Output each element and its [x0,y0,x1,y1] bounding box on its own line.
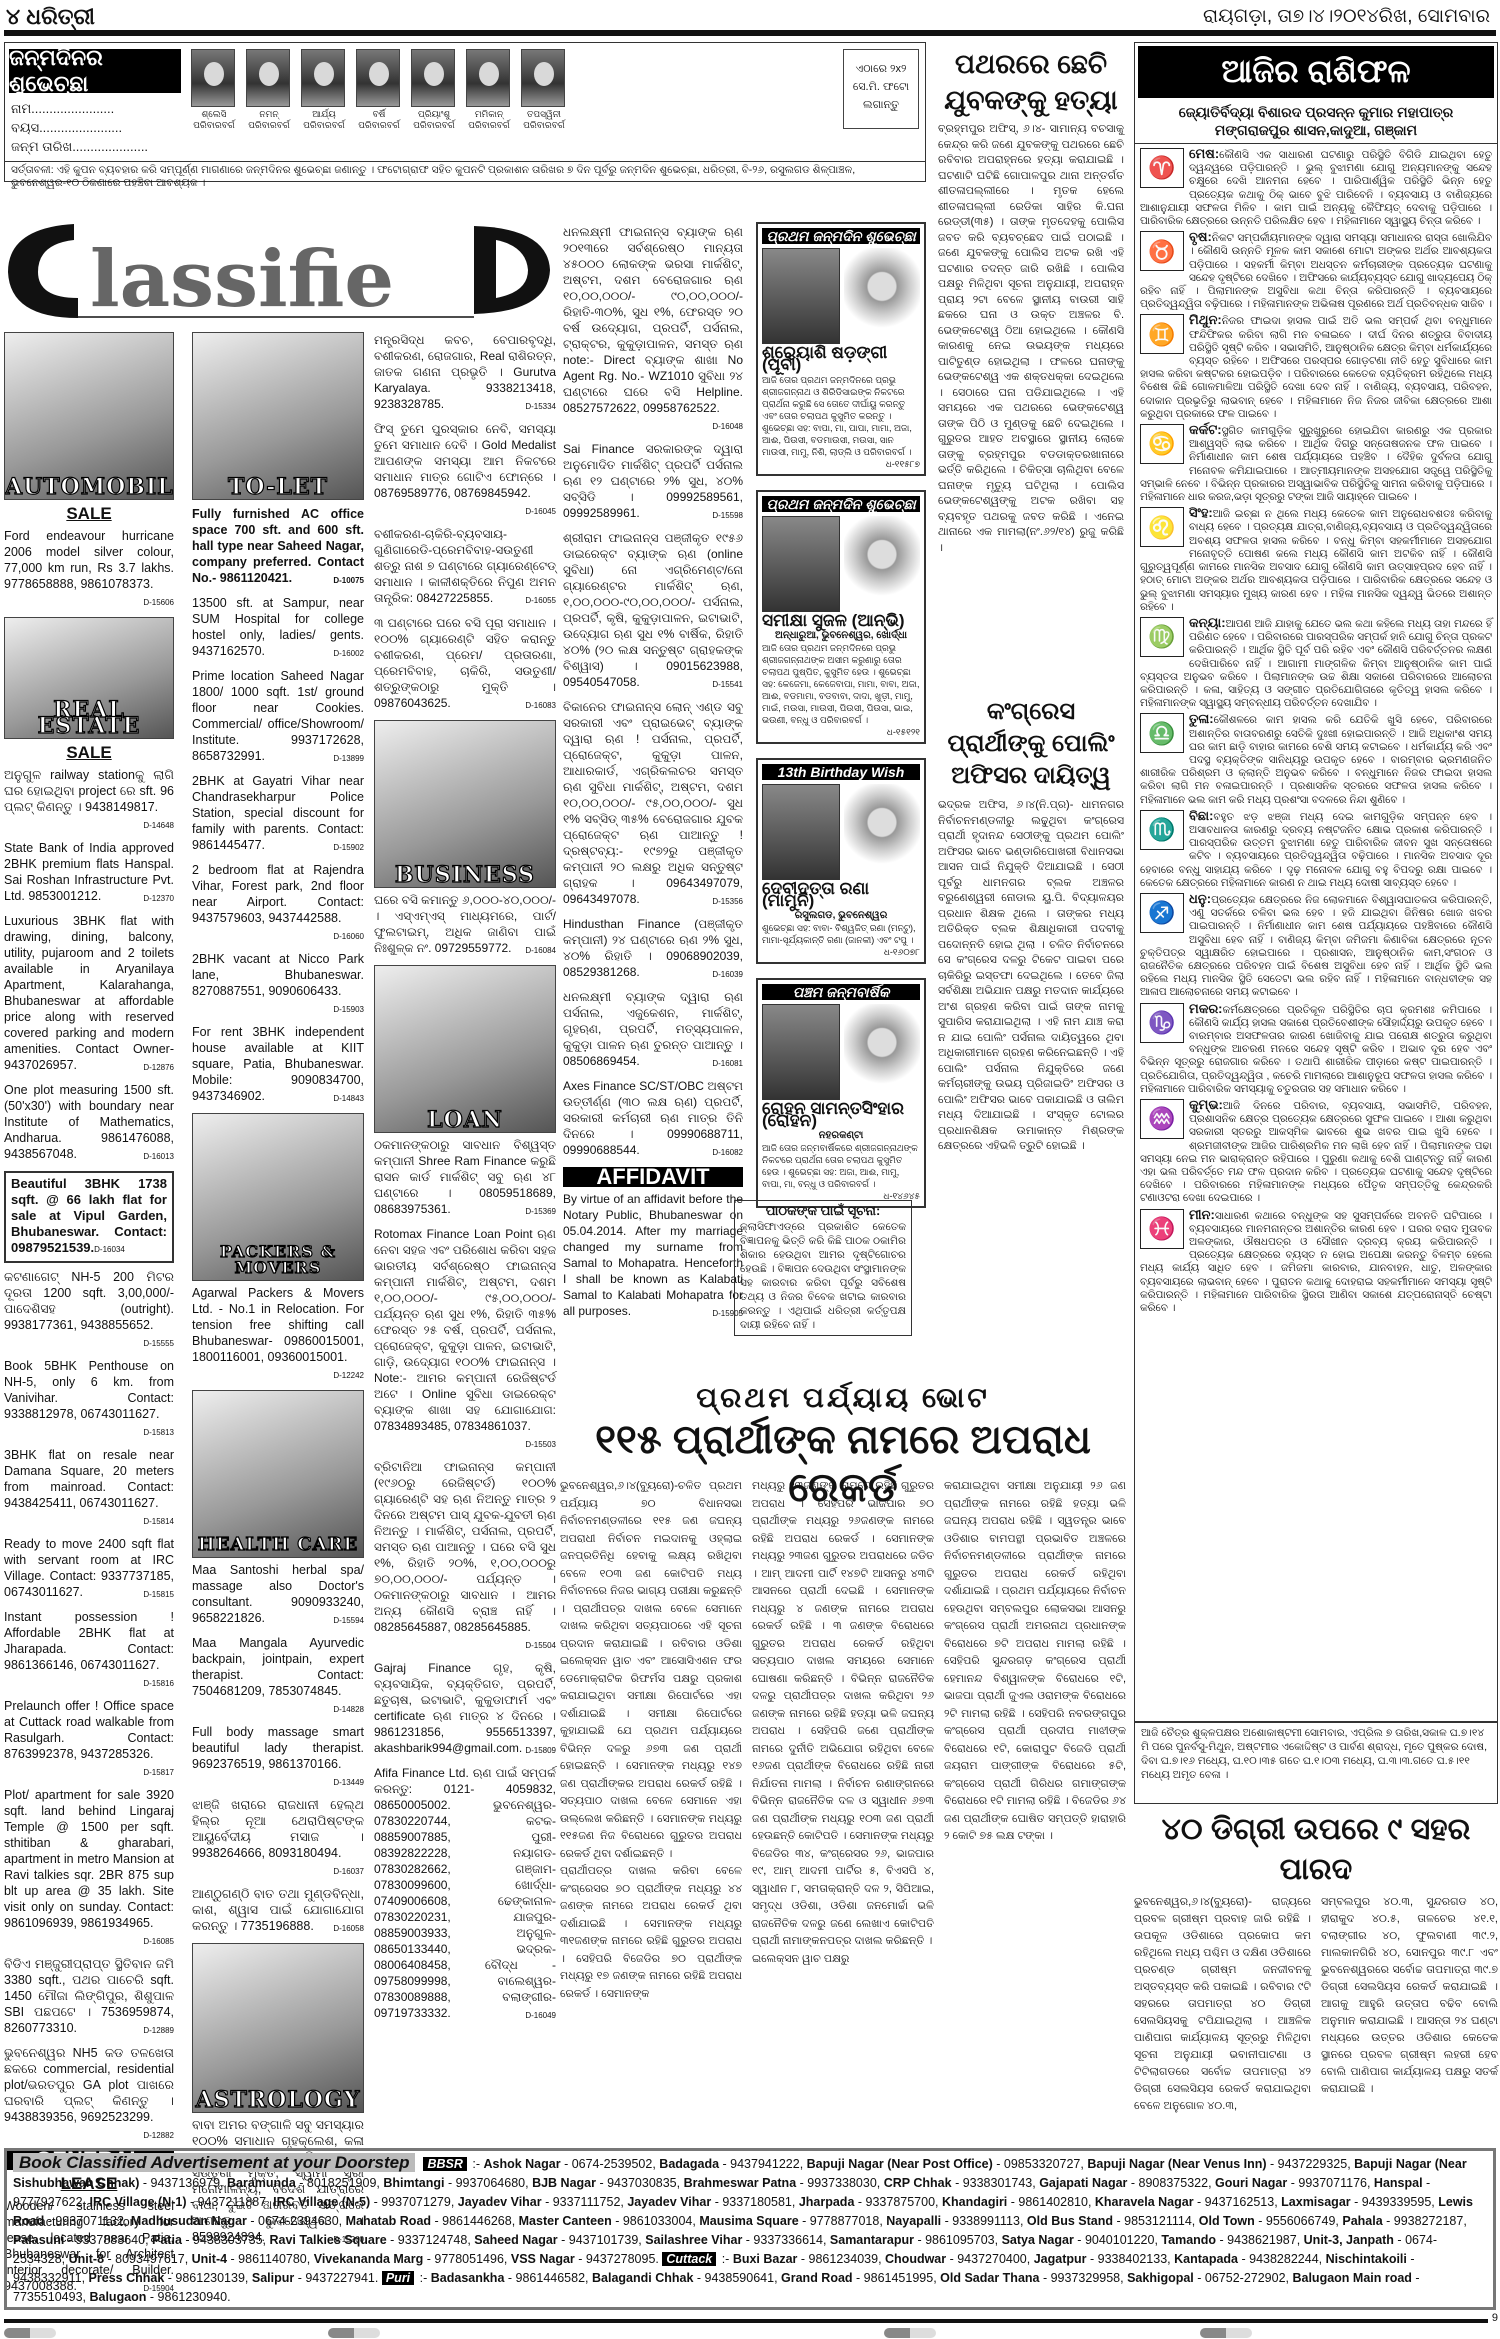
booking-office: Salipur - 9437227941. [252,2271,382,2285]
balloons-icon [844,1004,920,1100]
booking-office: Bapuji Nagar (Near Venus Inn) - 94372293… [1087,2157,1354,2171]
booking-office: Samantarapur - 9861095703, [830,2233,1002,2247]
zodiac-name: କର୍କଟ: [1189,422,1222,437]
zodiac-name: ମକର: [1189,1001,1223,1016]
booking-office: Bhimtangi - 9937064680, [383,2176,532,2190]
booking-office: Madhusudan Nagar - 0674-2394630, [131,2214,346,2228]
wish-message: ଶୁଭେଚ୍ଛା ସହ: ବାବା- ବିଶ୍ୱଜିତ୍ ରଣା (ମନ୍ଟୁ)… [762,922,920,946]
classified-ad: Maa Santoshi herbal spa/ massage also Do… [192,1562,364,1629]
classified-ad: For rent 3BHK independent house availabl… [192,1024,364,1107]
wish-message: ଆଜି ତୋର ପ୍ରଥମ ଜନ୍ମଦିନରେ ପ୍ରଭୁ ଶ୍ରୀଜଗନ୍ନା… [762,642,920,726]
ad-code: D-15503 [525,1437,556,1453]
loan-image: LOAN [374,965,556,1133]
zodiac-name: ମୀନ: [1189,1207,1215,1222]
column-3: ମନ୍ତ୍ରସିଦ୍ଧ କବଚ, ବେପାରବୃଦ୍ଧି, ବଶୀକରଣ, ରୋ… [374,332,556,2030]
zodiac-name: ମେଷ: [1189,146,1219,161]
classified-ad: Plot/ apartment for sale 3920 sqft. land… [4,1787,174,1950]
zodiac-entry: ♐ଧନୁ:ପ୍ରତ୍ୟେକ କ୍ଷେତ୍ରରେ ନିଜ ଲୋକମାନେ ବିଶ୍… [1140,892,1492,1000]
registration-mark [884,2328,936,2338]
ad-code: D-16049 [525,2008,556,2024]
dateline: ରାୟଗଡ଼ା, ତା୭।୪।୨୦୧୪ରିଖ, ସୋମବାର [1203,6,1490,28]
classified-ad: ଧନଲକ୍ଷ୍ମୀ ବ୍ୟାଙ୍କ ଦ୍ୱାରା ଋଣ ପର୍ସନାଲ, ଏଜୁ… [563,989,743,1072]
classified-ad: ଆଣ୍ଠୁଗଣ୍ଠି ବାତ ତଥା ମୁଣ୍ଡବିନ୍ଧା, କାଶ, ଶ୍ୱ… [192,1886,364,1937]
ad-code: D-16084 [525,943,556,959]
child-name: ରୋହନ ସାମନ୍ତସିଂହାର (ରୋହନ) [762,1103,920,1127]
news-headline[interactable]: ପଥରରେ ଛେଚି ଯୁବକଙ୍କୁ ହତ୍ୟା [938,46,1124,118]
child-photo [762,1004,840,1100]
portrait-image [301,49,345,107]
zodiac-icon: ♊ [1140,314,1184,354]
zodiac-entry: ♑ମକର:କର୍ମକ୍ଷେତ୍ରରେ ପ୍ରତିକୂଳ ପରିସ୍ଥିତିର ଚ… [1140,1002,1492,1096]
ad-code: D-15809 [525,1743,556,1759]
classified-ad: One plot measuring 1500 sft. (50'x30') w… [4,1082,174,1165]
zodiac-icon: ♐ [1140,893,1184,933]
booking-office: VSS Nagar - 9437278095. [511,2252,663,2266]
ad-code: D-16037 [333,1864,364,1880]
affidavit-ad: By virtue of an affidavit before the Not… [563,1191,743,1319]
news-headline[interactable]: କଂଗ୍ରେସ ପ୍ରାର୍ଥୀଙ୍କୁ ପୋଲିଂ ଅଫିସର ଦାୟିତ୍ୱ [938,696,1124,792]
booking-office: Unit-4 - 9861140780, [192,2252,314,2266]
booking-office: Balugaon - 9861230940. [89,2290,230,2304]
astrologer-name: ଜ୍ୟୋତିର୍ବିଦ୍ୟା ବିଶାରଦ ପ୍ରସନ୍ନ କୁମାର ମହାପ… [1135,103,1497,121]
classified-ad: Gajraj Finance ଗୃହ, କୃଷି, ବ୍ୟବସାୟିକ, ବ୍ୟ… [374,1660,556,1759]
real-estate-image: REAL ESTATE [4,617,174,739]
child-photo [762,248,840,344]
classified-ad: Ready to move 2400 sqft flat with servan… [4,1536,174,1603]
health-care-image: HEALTH CARE [192,1390,364,1558]
ad-code: D-15814 [143,1514,174,1530]
wish-badge: ପଞ୍ଚମ ଜନ୍ମବାର୍ଷିକ [762,984,920,1000]
column-1: AUTOMOBILE SALE Ford endeavour hurricane… [4,332,174,2303]
booking-office: Ashok Nagar - 0674-2539502, [483,2157,659,2171]
child-place: ଅନ୍ଧାରୁଆ, ଭୁବନେଶ୍ୱର, ଖୋର୍ଦ୍ଧା [762,630,920,642]
classified-ad: Prime location Saheed Nagar 1800/ 1000 s… [192,668,364,767]
booking-office: Mahatab Road - 9861446268, [346,2214,519,2228]
zodiac-name: ବୃଷ: [1189,229,1212,244]
ad-code: D-16058 [333,1921,364,1937]
portrait-image [521,49,565,107]
age-field[interactable]: ବୟସ....................... [11,118,148,137]
birthday-wish-ad: ପଞ୍ଚମ ଜନ୍ମବାର୍ଷିକରୋହନ ସାମନ୍ତସିଂହାର (ରୋହନ… [756,978,926,1208]
booking-office: Sailashree Vihar - 9337336614, [645,2233,830,2247]
zodiac-entry: ♋କର୍କଟ:ସ୍ଥଗିତ କାମଗୁଡ଼ିକ ସୁରୁଖୁରୁରେ ହୋଇଯି… [1140,423,1492,504]
zodiac-name: ଧନୁ: [1189,891,1211,906]
photo-placeholder: ଏଠାରେ ୨x୨ ସେ.ମି. ଫଟୋ ଲଗାନ୍ତୁ [843,49,919,129]
classified-ad: ଝାଞ୍ଜି ଖରାରେ ରାଜଧାନୀ ହେଲ୍ଥ ହିଲ୍ର ନୂଆ ଥେର… [192,1797,364,1880]
registration-mark [4,2328,56,2338]
booking-office: Kantapada - 9438282244, [1174,2252,1326,2266]
classified-ad: 3BHK flat on resale near Damana Square, … [4,1447,174,1530]
booking-office: Badagada - 9437941222, [659,2157,806,2171]
zodiac-entry: ♏ବିଛା:ବହୁତ ଝଡ଼ ଝଞ୍ଜା ମଧ୍ୟ ଦେଇ କାମଗୁଡ଼ିକ … [1140,809,1492,890]
portrait-image [466,49,510,107]
ad-code: D-15816 [143,1676,174,1692]
wish-message: ଆଜି ତୋର ଜନ୍ମବାର୍ଷିକରେ ଶ୍ରୀଜଗନ୍ନାଥଙ୍କ ନିକ… [762,1142,920,1190]
zodiac-name: ବିଛା: [1189,808,1213,823]
booking-office: Balagandi Chhak - 9438590641, [592,2271,781,2285]
classified-ad: ଭୁବନେଶ୍ୱର NH5 କଡ ତଳଖେତା ଛକରେ commercial,… [4,2045,174,2144]
booking-office: Mausima Square - 9778877018, [699,2214,886,2228]
zodiac-icon: ♈ [1140,148,1184,188]
page-label: ୪ ଧରିତ୍ରୀ [6,4,95,30]
news-heat: ୪୦ ଡିଗ୍ରୀ ଉପରେ ୯ ସହର ପାରଦ ଭୁବନେଶ୍ୱର,୬।୪(… [1134,1810,1498,2115]
coupon-photos: ଶ୍ଲେସିପରିବାରବର୍ଗନମନ୍ପରିବାରବର୍ଗଆର୍ଯ୍ୟପରିବ… [191,49,567,131]
classified-ad: 2 bedroom flat at Rajendra Vihar, Forest… [192,862,364,945]
child-name: ଶ୍ରେୟାଶି ଷଡ଼ଙ୍ଗୀ (ପୂର୍ବୀ) [762,347,920,371]
classified-ad: Fully furnished AC office space 700 sft.… [192,506,364,589]
panjika: ଆଜି ଚୈତ୍ର ଶୁକ୍ଳପକ୍ଷର ଅଶୋକାଷ୍ଟମୀ ସୋମବାର, … [1134,1722,1498,1804]
booking-office: Grand Road - 9861451995, [781,2271,940,2285]
classified-ad: Hindusthan Finance (ପଞ୍ଜୀକୃତ କମ୍ପାନୀ) ୨୪… [563,916,743,983]
header-rule [4,30,1496,36]
ad-code: D-12370 [143,891,174,907]
to-let-image: TO-LET [192,332,364,500]
classified-ad: State Bank of India approved 2BHK premiu… [4,840,174,907]
ad-code: D-15902 [333,840,364,856]
birthday-wishes: ପ୍ରଥମ ଜନ୍ମଦିନ ଶୁଭେଚ୍ଛାଶ୍ରେୟାଶି ଷଡ଼ଙ୍ଗୀ (… [756,222,926,1222]
child-photo: ନମନ୍ପରିବାରବର୍ଗ [246,49,292,131]
portrait-image [411,49,455,107]
doorstep-booking-directory: Book Classified Advertisement at your Do… [4,2148,1496,2310]
classified-ad: ମନ୍ତ୍ରସିଦ୍ଧ କବଚ, ବେପାରବୃଦ୍ଧି, ବଶୀକରଣ, ରୋ… [374,332,556,415]
ad-code: D-15594 [333,1613,364,1629]
classified-ad: Rotomax Finance Loan Point ଋଣ ନେବା ସହଜ ଏ… [374,1226,556,1453]
zodiac-entry: ♓ମୀନ:ସାଧାରଣ କଥାରେ ବନ୍ଧୁଙ୍କ ସହ ସୁସମ୍ପର୍କର… [1140,1208,1492,1316]
booking-office: Brahmeswar Patna - 9937338030, [684,2176,884,2190]
balloons-icon [844,248,920,344]
zodiac-entry: ♍କନ୍ୟା:ଆପଣ ଆଜି ଯାହାକୁ ଯେତେ ଭଲ କଥା କହିଲେ … [1140,616,1492,710]
balloons-icon [844,784,920,880]
footer-rule [4,2319,1488,2323]
coupon-fields: ନାମ....................... ବୟସ..........… [11,99,148,156]
classified-ad: ଧନଲକ୍ଷ୍ମୀ ଫାଇନାନ୍ସ ବ୍ୟାଙ୍କ ଋଣ ୨୦୧୩ରେ ସର୍… [563,224,743,435]
booking-office: Badasankha - 9861446582, [431,2271,592,2285]
child-place: ରସୁଲଗଡ, ଭୁବନେଶ୍ୱର [762,910,920,922]
ad-code: D-16085 [143,1934,174,1950]
region-tag: Cuttack [662,2252,716,2266]
child-place: ନହରକଣ୍ଟା [762,1130,920,1142]
zodiac-icon: ♏ [1140,810,1184,850]
classified-logo: lassifie [4,218,554,322]
dob-field[interactable]: ଜନ୍ମ ତାରିଖ..................... [11,137,148,156]
classified-ad: Maa Mangala Ayurvedic backpain, jointpai… [192,1635,364,1718]
ad-code: D-15541 [712,677,743,693]
zodiac-icon: ♓ [1140,1209,1184,1249]
classified-ad: Prelaunch offer ! Office space at Cuttac… [4,1698,174,1781]
ad-code: D-16060 [333,929,364,945]
page-number: 9 [1492,2312,1498,2324]
booking-office: Old Bus Stand - 9853121114, [1027,2214,1199,2228]
column-2: TO-LET Fully furnished AC office space 7… [192,332,364,2254]
ad-code: D-15356 [712,894,743,910]
child-photo: ମମିକାନ୍ପରିବାରବର୍ଗ [466,49,512,131]
booking-office: Nayapalli - 9338991113, [886,2214,1027,2228]
zodiac-icon: ♉ [1140,231,1184,271]
classified-ad: Ford endeavour hurricane 2006 model silv… [4,528,174,611]
ad-code: D-12889 [143,2023,174,2039]
child-photo [762,516,840,612]
classified-ad: 2BHK vacant at Nicco Park lane, Bhubanes… [192,951,364,1018]
rashiphala-list: ♈ମେଷ:କୌଣସି ଏକ ସାଧାରଣ ଘଟଣାରୁ ପରିସ୍ଥିତି ବି… [1140,147,1492,1317]
ad-code: D-15504 [525,1638,556,1654]
booking-office: Bapuji Nagar (Near Post Office) - 098533… [807,2157,1088,2171]
news-body: ବ୍ରହ୍ମପୁର ଅଫିସ୍, ୬।୪- ସାମାନ୍ୟ ବଚସାକୁ କେନ… [938,122,1124,556]
booking-office: Old Town - 9556066749, [1199,2214,1343,2228]
astrologer-address: ମଙ୍ଗରାଜପୁର ଶାସନ,କାଦୁଆ, ଗଞ୍ଜାମ [1135,121,1497,139]
ad-code: D-16083 [525,698,556,714]
zodiac-icon: ♑ [1140,1003,1184,1043]
classified-ad: ଠକମାନଙ୍କଠାରୁ ସାବଧାନ ବିଶ୍ୱସ୍ତ କମ୍ପାନୀ Shr… [374,1137,556,1220]
booking-office: Satya Nagar - 9040101220, [1002,2233,1162,2247]
registration-mark [1200,2328,1252,2338]
news-murder: ପଥରରେ ଛେଚି ଯୁବକଙ୍କୁ ହତ୍ୟା ବ୍ରହ୍ମପୁର ଅଫିସ… [938,46,1124,556]
booking-office: Pahala - 9938272187, [1342,2214,1466,2228]
ad-code: D-12882 [143,2128,174,2144]
column-4: ଧନଲକ୍ଷ୍ମୀ ଫାଇନାନ୍ସ ବ୍ୟାଙ୍କ ଋଣ ୨୦୧୩ରେ ସର୍… [563,224,743,1325]
birthday-wish-ad: 13th Birthday Wishଦେବୀଦତ୍ତା ରଣା (ମାମୁନି)… [756,758,926,964]
booking-office: Tamando - 9438621987, [1161,2233,1303,2247]
ad-code: D-16081 [712,1056,743,1072]
sale-heading-2: SALE [4,745,174,761]
packers-image: PACKERS & MOVERS [192,1113,364,1281]
wish-message: ଆଜି ତୋର ପ୍ରଥମ ଜନ୍ମଦିନରେ ପ୍ରଭୁ ଶ୍ରୀଜଗନ୍ନା… [762,374,920,458]
classified-ad: ଫିସ୍ ତୁମେ ପୁରସ୍କାର ନେବି, ସମସ୍ୟା ତୁମେ ସମା… [374,421,556,520]
news-election-body: ଭୁବନେଶ୍ୱର,୬।୪(ବ୍ୟୁରୋ)-ଚଳିତ ପ୍ରଥମ ପର୍ଯ୍ୟା… [560,1478,1126,2138]
booking-office: Press Chhak - 9861230139, [89,2271,252,2285]
zodiac-name: ତୁଳା: [1189,711,1214,726]
ad-code: D-16013 [143,1149,174,1165]
booking-office: CRP Chhak - 9338301743, [884,2176,1039,2190]
birthday-wish-ad: ପ୍ରଥମ ଜନ୍ମଦିନ ଶୁଭେଚ୍ଛାସମୀକ୍ଷା ସୁଜଳ (ଆନ୍ଭ… [756,490,926,744]
booking-office: Jagatpur - 9338402133, [1034,2252,1174,2266]
child-name: ଦେବୀଦତ୍ତା ରଣା (ମାମୁନି) [762,883,920,907]
zodiac-entry: ♌ସିଂହ:ଆଜି ଇଚ୍ଛା ନ ଥିଲେ ମଧ୍ୟ କେତେକ କାମ ଅନ… [1140,506,1492,614]
booking-office: Choudwar - 9437270400, [885,2252,1034,2266]
ad-code: D-15334 [525,399,556,415]
booking-office: Baramunda - 8018251909, [227,2176,383,2190]
ad-code: D-15817 [143,1765,174,1781]
zodiac-entry: ♊ମିଥୁନ:ନିଜର ଫାଇଦା ହାସଲ ପାଇଁ ଅତି ଭଲ ସମ୍ପର… [1140,313,1492,421]
reader-notice: ପାଠକଙ୍କ ପାଇଁ ସୂଚନା: କ୍ଲାସିଫାଏଡ୍ରେ ପ୍ରକାଶ… [734,1200,912,1336]
booking-office: Patia - 9438303735, [152,2233,269,2247]
classified-ad: Full body massage smart beautiful lady t… [192,1724,364,1791]
classified-ad: ବ୍ରିଟାନିଆ ଫାଇନାନ୍ସ କମ୍ପାନୀ (୧୯୬୦ରୁ ରେଜିଷ… [374,1459,556,1654]
zodiac-icon: ♋ [1140,424,1184,464]
ad-code: D-16055 [525,593,556,609]
classified-ad: Instant possession ! Affordable 2BHK fla… [4,1609,174,1692]
ad-code: D-15813 [143,1425,174,1441]
classified-ad: ୩ ଘଣ୍ଟାରେ ଘରେ ବସି ପୂରା ସମାଧାନ । ୧୦୦% ଗ୍ୟ… [374,615,556,714]
booking-office: Khandagiri - 9861402810, [942,2195,1095,2209]
ad-code: D-14648 [143,818,174,834]
ad-code: D-10075 [333,573,364,589]
region-tag: Puri [382,2271,414,2285]
zodiac-icon: ♎ [1140,713,1184,753]
classified-ad: Axes Finance SC/ST/OBC ଅଷ୍ଟମ ଉତ୍ତୀର୍ଣ୍ଣ … [563,1078,743,1161]
zodiac-entry: ♈ମେଷ:କୌଣସି ଏକ ସାଧାରଣ ଘଟଣାରୁ ପରିସ୍ଥିତି ବି… [1140,147,1492,228]
news-body: ଭଦ୍ରକ ଅଫିସ, ୬।୪(ନି.ପ୍ର)- ଧାମନଗର ନିର୍ବାଚନ… [938,798,1124,1155]
classified-ad: ଶ୍ରୀରାମ ଫାଇନାନ୍ସ ପଞ୍ଜୀକୃତ ୧୯୫୬ ଡାଇରେକ୍ଟ … [563,530,743,693]
zodiac-icon: ♒ [1140,1099,1184,1139]
ad-code: ଧ-୧୫୧୨୧ [762,726,920,738]
booking-office: Vivekananda Marg - 9778051496, [314,2252,511,2266]
ad-code: ଧ-୧୬୦୭୮ [762,946,920,958]
zodiac-name: କନ୍ୟା: [1189,615,1226,630]
booking-office: Kharavela Nagar - 9437162513, [1095,2195,1281,2209]
child-photo: ତପସ୍ୱିନୀପରିବାରବର୍ଗ [521,49,567,131]
ad-code: D-15555 [143,1336,174,1352]
news-polling: କଂଗ୍ରେସ ପ୍ରାର୍ଥୀଙ୍କୁ ପୋଲିଂ ଅଫିସର ଦାୟିତ୍ୱ… [938,696,1124,1155]
child-photo [762,784,840,880]
name-field[interactable]: ନାମ....................... [11,99,148,118]
child-photo: ବର୍ଷିପରିବାରବର୍ଗ [356,49,402,131]
booking-office: Sakhigopal - 06752-272902, [1127,2271,1292,2285]
classified-ad: ବିଡିଏ ମଞ୍ଜୁରୀପ୍ରାପ୍ତ ସ୍ଥିତିବାନ ଜମି 3380 … [4,1956,174,2039]
birthday-wish-ad: ପ୍ରଥମ ଜନ୍ମଦିନ ଶୁଭେଚ୍ଛାଶ୍ରେୟାଶି ଷଡ଼ଙ୍ଗୀ (… [756,222,926,476]
classified-ad: Sai Finance ସରକାରଙ୍କ ଦ୍ୱାରା ଅନୁମୋଦିତ ମାର… [563,441,743,524]
ad-code: D-15606 [143,595,174,611]
zodiac-entry: ♒କୁମ୍ଭ:ଆଜି ଦିନରେ ପରିବାର, ବ୍ୟବସାୟ, ସଭାସମି… [1140,1098,1492,1206]
birthday-coupon: ଜନ୍ମଦିନର ଶୁଭେଚ୍ଛା ନାମ...................… [4,42,926,182]
ad-code: D-15815 [143,1587,174,1603]
automobile-image: AUTOMOBILE [4,332,174,500]
ad-code: D-14843 [333,1091,364,1107]
portrait-image [246,49,290,107]
zodiac-name: କୁମ୍ଭ: [1189,1097,1223,1112]
booking-office: Ravi Talkies Square - 9337124748, [270,2233,475,2247]
booking-office: Jayadev Vihar - 9337180581, [627,2195,798,2209]
booking-office: Jharpada - 9337875700, [799,2195,942,2209]
news-kicker: ପ୍ରଥମ ପର୍ଯ୍ୟାୟ ଭୋଟ [560,1380,1126,1416]
booking-office: Gajapati Nagar - 8908375322, [1039,2176,1215,2190]
zodiac-entry: ♎ତୁଳା:କୌଶଳରେ କାମ ହାସଲ କରି ଯେତିକି ଖୁସି ହେ… [1140,712,1492,806]
classified-ad: Luxurious 3BHK flat with drawing, dining… [4,913,174,1076]
child-photo: ପ୍ରିୟାଂଶୁପରିବାରବର୍ଗ [411,49,457,131]
booking-office: Jayadev Vihar - 9337111752, [458,2195,628,2209]
classified-ad: ବିକାନେର ଫାଇନାନ୍ସ ଲୋନ୍ ଏଣ୍ଡ ସବୁ ସରକାରୀ ଏବ… [563,699,743,910]
boxed-ad: Beautiful 3BHK 1738 sqft. @ 66 lakh flat… [4,1171,174,1263]
rashiphala-box: ଜ୍ୟୋତିର୍ବିଦ୍ୟା ବିଶାରଦ ପ୍ରସନ୍ନ କୁମାର ମହାପ… [1134,42,1498,1722]
zodiac-name: ସିଂହ: [1189,505,1213,520]
ad-code: D-15369 [525,1204,556,1220]
astrology-image: ASTROLOGY [192,1943,364,2113]
booking-office: Master Canteen - 9861033004, [519,2214,700,2228]
balloons-icon [844,516,920,612]
booking-office: Unit-8 - 8093497617, [69,2252,192,2266]
booking-office: Buxi Bazar - 9861234039, [733,2252,885,2266]
booking-office: Gouri Nagar - 9937071176, [1215,2176,1374,2190]
classified-ad: Book 5BHK Penthouse on NH-5, only 6 km. … [4,1358,174,1441]
child-photo: ଆର୍ଯ୍ୟପରିବାରବର୍ଗ [301,49,347,131]
rashiphala-title: ଆଜିର ରାଶିଫଳ [1138,46,1494,98]
ad-code: D-14828 [333,1702,364,1718]
ad-code: D-16039 [712,967,743,983]
logo-text: lassifie [90,234,394,322]
classified-ad: Agarwal Packers & Movers Ltd. - No.1 in … [192,1285,364,1384]
region-tag: BBSR [423,2157,466,2171]
portrait-image [191,49,235,107]
news-headline[interactable]: ୪୦ ଡିଗ୍ରୀ ଉପରେ ୯ ସହର ପାରଦ [1134,1810,1498,1890]
classified-ad: ଘରେ ବସି କମାନ୍ତୁ ୬,୦୦୦-୪୦,୦୦୦/- । ଏସ୍ଏମ୍ଏ… [374,892,556,959]
classified-ad: ବଶୀକରଣ-ଚାକିରି-ବ୍ୟବସାୟ-ଗୁଣିଗାରେଡି-ପ୍ରେମବି… [374,526,556,609]
zodiac-icon: ♌ [1140,507,1184,547]
zodiac-name: ମିଥୁନ: [1189,312,1222,327]
booking-office: BJB Nagar - 9437030835, [532,2176,684,2190]
ad-code: D-15598 [712,508,743,524]
zodiac-icon: ♍ [1140,617,1184,657]
child-photo: ଶ୍ଲେସିପରିବାରବର୍ଗ [191,49,237,131]
booking-office: Laxmisagar - 9439339595, [1281,2195,1438,2209]
booking-office: Old Sadar Thana - 9937329958, [940,2271,1127,2285]
coupon-title: ଜନ୍ମଦିନର ଶୁଭେଚ୍ଛା [9,49,181,93]
booking-office: Saheed Nagar - 9437101739, [474,2233,645,2247]
booking-office: Palasuni - 9337883640, [13,2233,152,2247]
ad-code: D-15903 [333,1002,364,1018]
classified-ad: Afifa Finance Ltd. ଋଣ ପାଇଁ ସମ୍ପର୍କ କରନ୍ତ… [374,1765,556,2024]
zodiac-entry: ♉ବୃଷ:ନିକଟ ସମ୍ପର୍କୀୟମାନଙ୍କ ଦ୍ୱାରା ସମସ୍ୟା … [1140,230,1492,311]
coupon-terms: ସର୍ତ୍ତାବଳୀ: ଏହି କୁପନ ବ୍ୟବହାର କରି ସମ୍ପୂର୍… [5,161,925,192]
affidavit-heading: AFFIDAVIT [563,1167,743,1187]
ad-code: D-16002 [333,646,364,662]
ad-code: D-16048 [712,419,743,435]
portrait-image [356,49,400,107]
booking-office: IRC Village (N-1) - 9437211887, [89,2195,273,2209]
registration-mark [328,2328,380,2338]
wish-badge: ପ୍ରଥମ ଜନ୍ମଦିନ ଶୁଭେଚ୍ଛା [762,496,920,512]
wish-badge: ପ୍ରଥମ ଜନ୍ମଦିନ ଶୁଭେଚ୍ଛା [762,228,920,244]
ad-code: D-13449 [333,1775,364,1791]
sale-heading: SALE [4,506,174,522]
wish-badge: 13th Birthday Wish [762,764,920,780]
doorstep-title: Book Classified Advertisement at your Do… [13,2153,415,2172]
booking-office: IRC Village (N-5) - 9937071279, [273,2195,458,2209]
ad-code: D-16045 [525,504,556,520]
classified-ad: 2BHK at Gayatri Vihar near Chandrasekhar… [192,773,364,856]
ad-code: D-12242 [333,1368,364,1384]
ad-code: ଧ-୧୧୫୮୭ [762,458,920,470]
classified-ad: ଅନୁଗୁଳ railway stationକୁ ଲାଗି ଘର ହୋଇଥିବା… [4,767,174,834]
child-name: ସମୀକ୍ଷା ସୁଜଳ (ଆନ୍ଭି) [762,615,920,627]
ad-code: D-12876 [143,1060,174,1076]
business-image: BUSINESS [374,720,556,888]
classified-ad: କଟଣାଗେଟ୍ NH-5 200 ମିଟର ଦୂରତା 1200 sqft. … [4,1269,174,1352]
ad-code: D-16082 [712,1145,743,1161]
classified-ad: 13500 sft. at Sampur, near SUM Hospital … [192,595,364,662]
ad-code: D-13899 [333,751,364,767]
